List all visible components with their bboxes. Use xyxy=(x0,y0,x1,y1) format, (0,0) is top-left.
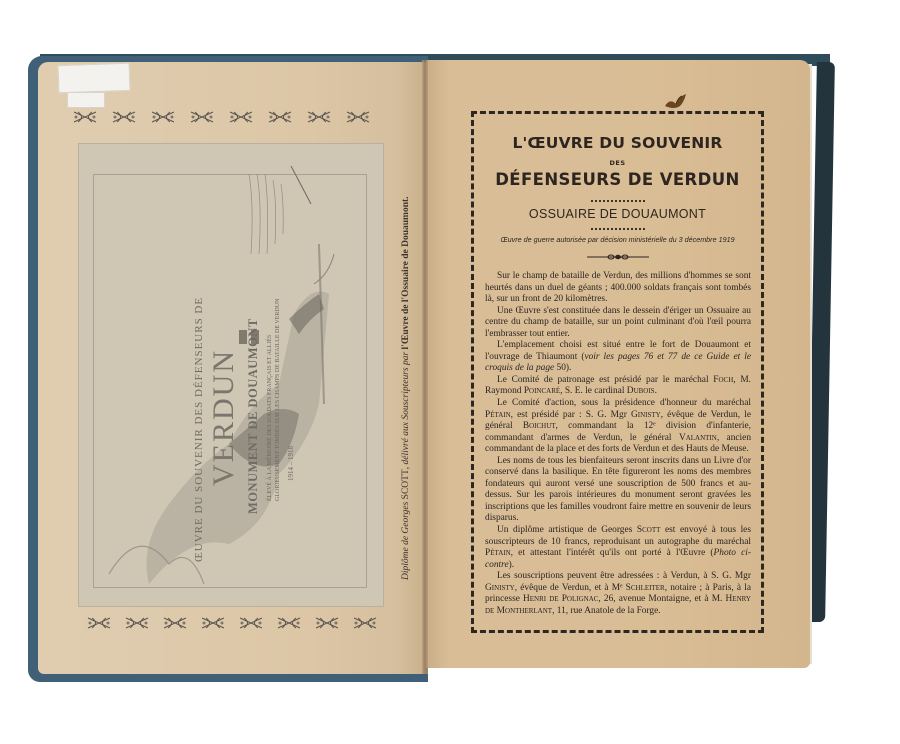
person-name: Pétain xyxy=(485,410,511,420)
bow-ornament-icon xyxy=(314,616,340,630)
bow-ornament-icon xyxy=(306,110,332,124)
diploma-caption: Diplôme de Georges SCOTT, délivré aux So… xyxy=(401,196,411,580)
bow-ornament-icon xyxy=(189,110,215,124)
ornament-row-top xyxy=(72,110,371,124)
person-name: Poincaré xyxy=(524,386,560,396)
diploma-illustration: ŒUVRE DU SOUVENIR DES DÉFENSEURS DE VERD… xyxy=(78,143,384,607)
bow-ornament-icon xyxy=(72,110,98,124)
diploma-dates: 1914 – 1918 xyxy=(287,446,295,481)
paragraph: Sur le champ de bataille de Verdun, des … xyxy=(485,271,751,306)
caption-artist-name: SCOTT xyxy=(401,469,411,499)
text-span: ). xyxy=(509,560,514,570)
text-span: Le Comité d'action, sous la présidence d… xyxy=(497,398,751,408)
bow-ornament-icon xyxy=(124,616,150,630)
title-des: DES xyxy=(474,159,761,167)
paragraph: Le Comité de patronage est présidé par l… xyxy=(485,375,751,398)
title-line-1: L'ŒUVRE DU SOUVENIR xyxy=(474,134,761,152)
person-name: Pétain xyxy=(485,548,511,558)
tape-piece xyxy=(67,92,105,108)
person-name: Scott xyxy=(637,525,661,535)
caption-prefix: Diplôme de Georges xyxy=(401,499,411,580)
text-span: 50). xyxy=(554,363,571,373)
bow-ornament-icon xyxy=(111,110,137,124)
diploma-dedication-line2: GLORIEUSEMENT TOMBÉS SUR LES CHAMPS DE B… xyxy=(275,299,281,501)
paragraph: Une Œuvre s'est constituée dans le desse… xyxy=(485,306,751,341)
dotted-divider xyxy=(591,200,645,202)
title-line-2: DÉFENSEURS DE VERDUN xyxy=(474,170,761,189)
person-name: Boichut xyxy=(523,421,556,431)
person-name: Henri de Polignac xyxy=(523,594,598,604)
person-name: Foch xyxy=(713,375,733,385)
paragraph: Les noms de tous les bienfaiteurs seront… xyxy=(485,456,751,525)
text-frame: L'ŒUVRE DU SOUVENIR DES DÉFENSEURS DE VE… xyxy=(471,111,764,633)
diploma-title-verdun: VERDUN xyxy=(207,349,241,486)
paragraph: Les souscriptions peuvent être adressées… xyxy=(485,571,751,617)
text-span: , est présidé par : S. G. Mgr xyxy=(511,410,631,420)
bow-ornament-icon xyxy=(267,110,293,124)
bow-ornament-icon xyxy=(150,110,176,124)
subtitle: OSSUAIRE DE DOUAUMONT xyxy=(474,207,761,221)
tape-piece xyxy=(58,63,131,93)
bow-ornament-icon xyxy=(162,616,188,630)
ornament-row-bottom xyxy=(86,616,378,630)
caption-middle: , délivré aux Souscripteurs par xyxy=(401,349,411,469)
text-span: , évêque de Verdun, et à Mᵉ xyxy=(515,583,626,593)
person-name: Ginisty xyxy=(485,583,515,593)
paragraph: Le Comité d'action, sous la présidence d… xyxy=(485,398,751,456)
text-span: Les souscriptions peuvent être adressées… xyxy=(497,571,751,581)
bow-ornament-icon xyxy=(238,616,264,630)
text-span: , S. E. le cardinal xyxy=(560,386,627,396)
diploma-dedication-line1: ÉLEVÉ À LA MÉMOIRE DES SOLDATS FRANÇAIS … xyxy=(267,335,273,501)
diploma-header-text: ŒUVRE DU SOUVENIR DES DÉFENSEURS DE xyxy=(193,297,205,562)
book-gutter xyxy=(422,60,428,674)
caption-work-name: l'Œuvre de l'Ossuaire de Douaumont. xyxy=(401,196,411,349)
diploma-monument-text: MONUMENT DE DOUAUMONT xyxy=(246,318,261,514)
person-name: Schleiter xyxy=(626,583,665,593)
person-name: Valantin xyxy=(679,433,717,443)
text-span: Un diplôme artistique de Georges xyxy=(497,525,637,535)
bow-ornament-icon xyxy=(200,616,226,630)
paragraph: Un diplôme artistique de Georges Scott e… xyxy=(485,525,751,571)
person-name: Dubois xyxy=(627,386,655,396)
person-name: Ginisty xyxy=(631,410,661,420)
decree-line: Œuvre de guerre autorisée par décision m… xyxy=(474,235,761,244)
bow-ornament-icon xyxy=(276,616,302,630)
text-span: , 26, avenue Montaigne, et à M. xyxy=(598,594,725,604)
bow-ornament-icon xyxy=(228,110,254,124)
bow-ornament-icon xyxy=(86,616,112,630)
text-span: , 11, rue Anatole de la Forge. xyxy=(552,606,661,616)
body-text: Sur le champ de bataille de Verdun, des … xyxy=(485,271,751,617)
paragraph: L'emplacement choisi est situé entre le … xyxy=(485,340,751,375)
bow-ornament-icon xyxy=(352,616,378,630)
text-span: , et attestant l'intérêt qu'ils ont port… xyxy=(511,548,714,558)
moth-stain xyxy=(662,92,688,110)
bow-ornament-icon xyxy=(345,110,371,124)
flourish-divider-icon xyxy=(587,253,649,261)
dotted-divider xyxy=(591,228,645,230)
text-span: Le Comité de patronage est présidé par l… xyxy=(497,375,713,385)
text-span: . xyxy=(655,386,657,396)
